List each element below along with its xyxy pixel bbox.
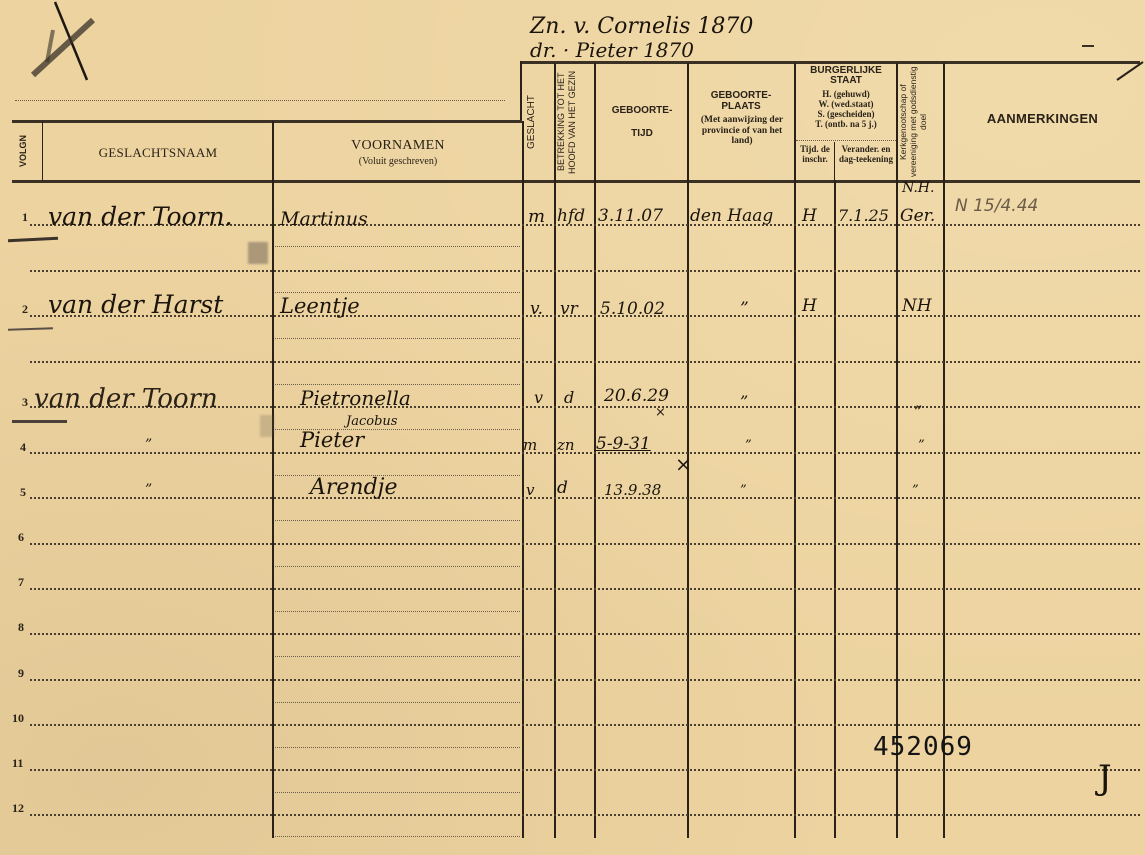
- header-top-rule-left: [12, 120, 522, 123]
- row-number-9: 9: [18, 666, 24, 681]
- row-5-birth-place: ”: [740, 483, 747, 498]
- col-line-geslacht: [554, 63, 556, 838]
- header-voornamen: VOORNAMEN: [274, 138, 522, 154]
- col-line-voornamen: [522, 121, 524, 838]
- row-5-birth-date: 13.9.38: [604, 481, 661, 499]
- row-2-relation: vr: [560, 299, 578, 319]
- col-line-geslachtsnaam: [272, 121, 274, 838]
- row-2-mark: [8, 327, 53, 331]
- header-bs-h: H. (gehuwd): [796, 89, 896, 99]
- col-line-geboortetijd: [687, 63, 689, 838]
- row-number-10: 10: [12, 711, 24, 726]
- row-4-birth-place: ”: [745, 438, 752, 453]
- col-line-verander: [896, 63, 898, 838]
- parents-note-line1: Zn. v. Cornelis 1870: [530, 14, 753, 39]
- row-number-1: 1: [22, 210, 28, 225]
- row-2-sex: v.: [530, 299, 543, 319]
- row-4-death-cross-icon: ×: [675, 452, 692, 476]
- header-geslachtsnaam: GESLACHTSNAAM: [44, 145, 272, 161]
- header-verander: Verander. en dag-teekening: [836, 144, 896, 164]
- row-3-birth-place: ”: [740, 392, 748, 411]
- row-number-12: 12: [12, 801, 24, 816]
- register-card: Zn. v. Cornelis 1870 dr. · Pieter 1870 V…: [0, 0, 1145, 855]
- row-3-sex: v: [534, 388, 543, 407]
- header-geboorteplaats-1: GEBOORTE-: [689, 90, 793, 101]
- row-4-given: Pieter: [300, 428, 364, 452]
- row-number-7: 7: [18, 575, 24, 590]
- row-number-2: 2: [22, 302, 28, 317]
- row-1-status-date: 7.1.25: [838, 206, 889, 225]
- row-number-11: 11: [12, 756, 23, 771]
- row-3-surname: van der Toorn: [34, 384, 218, 414]
- row-5-given: Arendje: [310, 475, 398, 500]
- row-1-remarks: N 15/4.44: [955, 196, 1038, 216]
- header-geboortetijd-1: GEBOORTE-: [597, 105, 687, 116]
- row-4-birth-date: 5-9-31: [596, 434, 651, 454]
- row-3-relation: d: [564, 388, 574, 407]
- header-bs-t: T. (ontb. na 5 j.): [796, 119, 896, 129]
- row-2-religion: NH: [902, 296, 932, 316]
- col-line-kerk: [943, 63, 945, 838]
- header-geslacht: GESLACHT: [526, 66, 552, 178]
- row-3-religion: ”: [914, 402, 922, 421]
- corner-cross-mark-icon: [15, 0, 95, 85]
- header-burgerlijke-staat: BURGERLIJKE STAAT: [796, 66, 896, 86]
- row-3-birth-date: 20.6.29: [604, 386, 669, 406]
- header-top-rule-right: [520, 61, 1140, 64]
- row-2-surname: van der Harst: [48, 290, 223, 319]
- row-1-religion: Ger.: [900, 206, 935, 226]
- row-number-8: 8: [18, 620, 24, 635]
- parents-note-line2: dr. · Pieter 1870: [530, 38, 694, 62]
- col-line-volgn: [42, 121, 43, 181]
- header-volgn: VOLGN: [18, 124, 42, 178]
- row-4-given-above: Jacobus: [346, 414, 397, 429]
- archive-stamp-number: 452069: [873, 732, 973, 762]
- header-aanmerkingen: AANMERKINGEN: [945, 111, 1140, 126]
- header-bs-split: [834, 142, 835, 180]
- col-line-geboorteplaats: [794, 63, 796, 838]
- row-number-5: 5: [20, 485, 26, 500]
- row-1-relation: hfd: [557, 206, 585, 226]
- top-right-dash: [1082, 45, 1094, 47]
- header-step-line: [520, 61, 522, 121]
- row-1-religion-above: N.H.: [902, 180, 934, 196]
- row-5-surname: ”: [145, 482, 152, 498]
- row-4-sex: m: [523, 436, 537, 454]
- ink-smudge: [248, 242, 268, 264]
- row-number-3: 3: [22, 395, 28, 410]
- row-5-relation: d: [557, 478, 568, 498]
- header-tijd-inschr: Tijd. de inschr.: [796, 144, 834, 164]
- row-4-surname: ”: [145, 437, 152, 453]
- row-5-religion: ”: [912, 483, 919, 498]
- col-line-tijd-inschr: [834, 180, 836, 838]
- header-bs-divider: [796, 140, 896, 141]
- header-voornamen-sub: (Voluit geschreven): [274, 156, 522, 167]
- header-bs-w: W. (wed.staat): [796, 99, 896, 109]
- row-1-given: Martinus: [280, 208, 368, 230]
- row-1-surname: van der Toorn.: [48, 202, 233, 231]
- row-2-given: Leentje: [280, 294, 360, 318]
- row-2-civil-status: H: [802, 296, 817, 316]
- top-dotted-rule: [15, 100, 505, 101]
- row-4-relation: zn: [557, 436, 575, 454]
- slash-mark-icon: [1115, 60, 1145, 82]
- header-bottom-rule: [12, 180, 1140, 183]
- header-geboortetijd-2: TIJD: [597, 128, 687, 139]
- row-3-given: Pietronella: [300, 386, 411, 410]
- row-number-4: 4: [20, 440, 26, 455]
- row-1-mark: [8, 237, 58, 243]
- row-1-birth-place: den Haag: [690, 206, 773, 226]
- header-kerkgenootschap: Kerkgenootschap of vereeniging met godsd…: [898, 64, 942, 180]
- ink-smudge: [260, 415, 274, 437]
- row-5-sex: v: [526, 481, 534, 499]
- row-2-birth-date: 5.10.02: [600, 299, 665, 319]
- row-number-6: 6: [18, 530, 24, 545]
- header-bs-s: S. (gescheiden): [796, 109, 896, 119]
- header-betrekking: BETREKKING TOT HET HOOFD VAN HET GEZIN: [556, 64, 594, 180]
- row-1-sex: m: [528, 206, 545, 227]
- row-2-birth-place: ”: [740, 299, 749, 319]
- header-geboorteplaats-2: PLAATS: [689, 101, 793, 112]
- row-3-death-cross-icon: ×: [655, 405, 666, 420]
- row-1-birth-date: 3.11.07: [598, 206, 663, 226]
- header-geboorteplaats-sub: (Met aanwijzing der provincie of van het…: [692, 115, 792, 147]
- row-3-mark: [12, 420, 67, 423]
- corner-initial: J: [1098, 758, 1112, 798]
- row-1-civil-status: H: [802, 206, 817, 226]
- row-4-religion: ”: [918, 438, 925, 453]
